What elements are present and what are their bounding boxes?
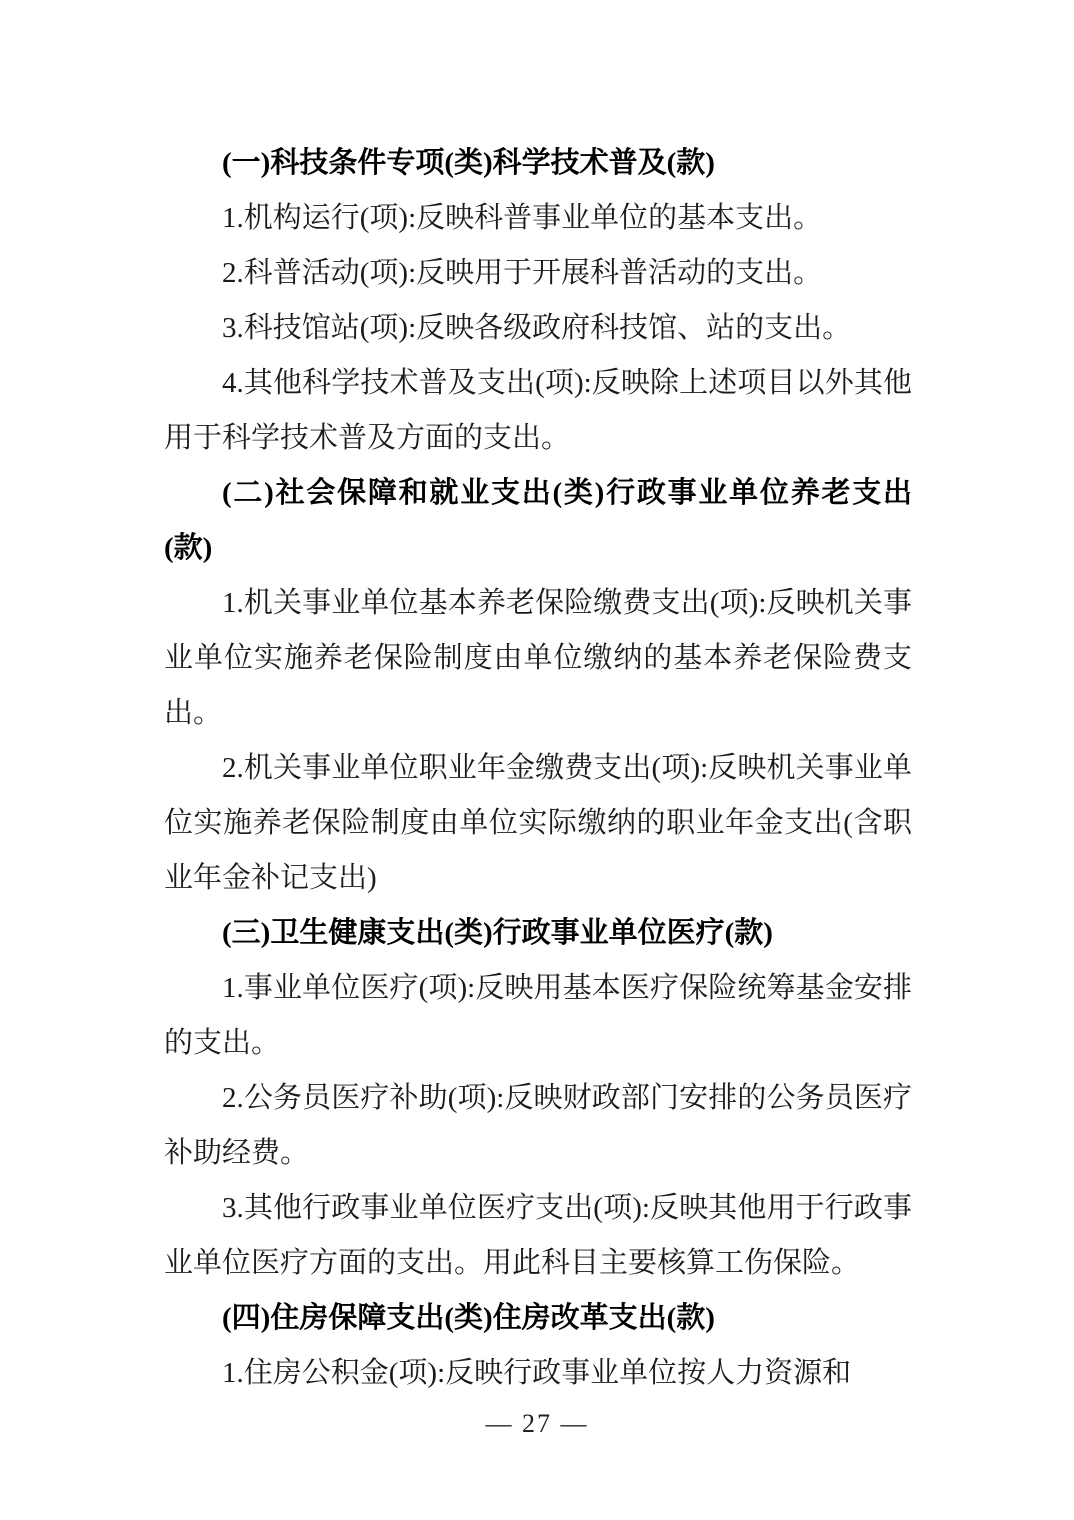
section-1-item-3: 3.科技馆站(项):反映各级政府科技馆、站的支出。 bbox=[164, 301, 912, 356]
section-3-item-1: 1.事业单位医疗(项):反映用基本医疗保险统筹基金安排的支出。 bbox=[164, 961, 912, 1071]
section-1-heading: (一)科技条件专项(类)科学技术普及(款) bbox=[164, 136, 912, 191]
section-3-item-3: 3.其他行政事业单位医疗支出(项):反映其他用于行政事业单位医疗方面的支出。用此… bbox=[164, 1181, 912, 1291]
section-2-item-1: 1.机关事业单位基本养老保险缴费支出(项):反映机关事业单位实施养老保险制度由单… bbox=[164, 576, 912, 741]
section-3-item-2: 2.公务员医疗补助(项):反映财政部门安排的公务员医疗补助经费。 bbox=[164, 1071, 912, 1181]
section-1-item-4: 4.其他科学技术普及支出(项):反映除上述项目以外其他用于科学技术普及方面的支出… bbox=[164, 356, 912, 466]
section-4-heading: (四)住房保障支出(类)住房改革支出(款) bbox=[164, 1291, 912, 1346]
page-footer: — 27 — bbox=[0, 1404, 1074, 1444]
document-body: (一)科技条件专项(类)科学技术普及(款) 1.机构运行(项):反映科普事业单位… bbox=[164, 136, 912, 1401]
page-number: — 27 — bbox=[486, 1409, 589, 1438]
section-2-heading: (二)社会保障和就业支出(类)行政事业单位养老支出(款) bbox=[164, 466, 912, 576]
section-1-item-1: 1.机构运行(项):反映科普事业单位的基本支出。 bbox=[164, 191, 912, 246]
section-3-heading: (三)卫生健康支出(类)行政事业单位医疗(款) bbox=[164, 906, 912, 961]
document-page: (一)科技条件专项(类)科学技术普及(款) 1.机构运行(项):反映科普事业单位… bbox=[0, 0, 1074, 1520]
section-1-item-2: 2.科普活动(项):反映用于开展科普活动的支出。 bbox=[164, 246, 912, 301]
section-2-item-2: 2.机关事业单位职业年金缴费支出(项):反映机关事业单位实施养老保险制度由单位实… bbox=[164, 741, 912, 906]
section-4-item-1: 1.住房公积金(项):反映行政事业单位按人力资源和 bbox=[164, 1346, 912, 1401]
